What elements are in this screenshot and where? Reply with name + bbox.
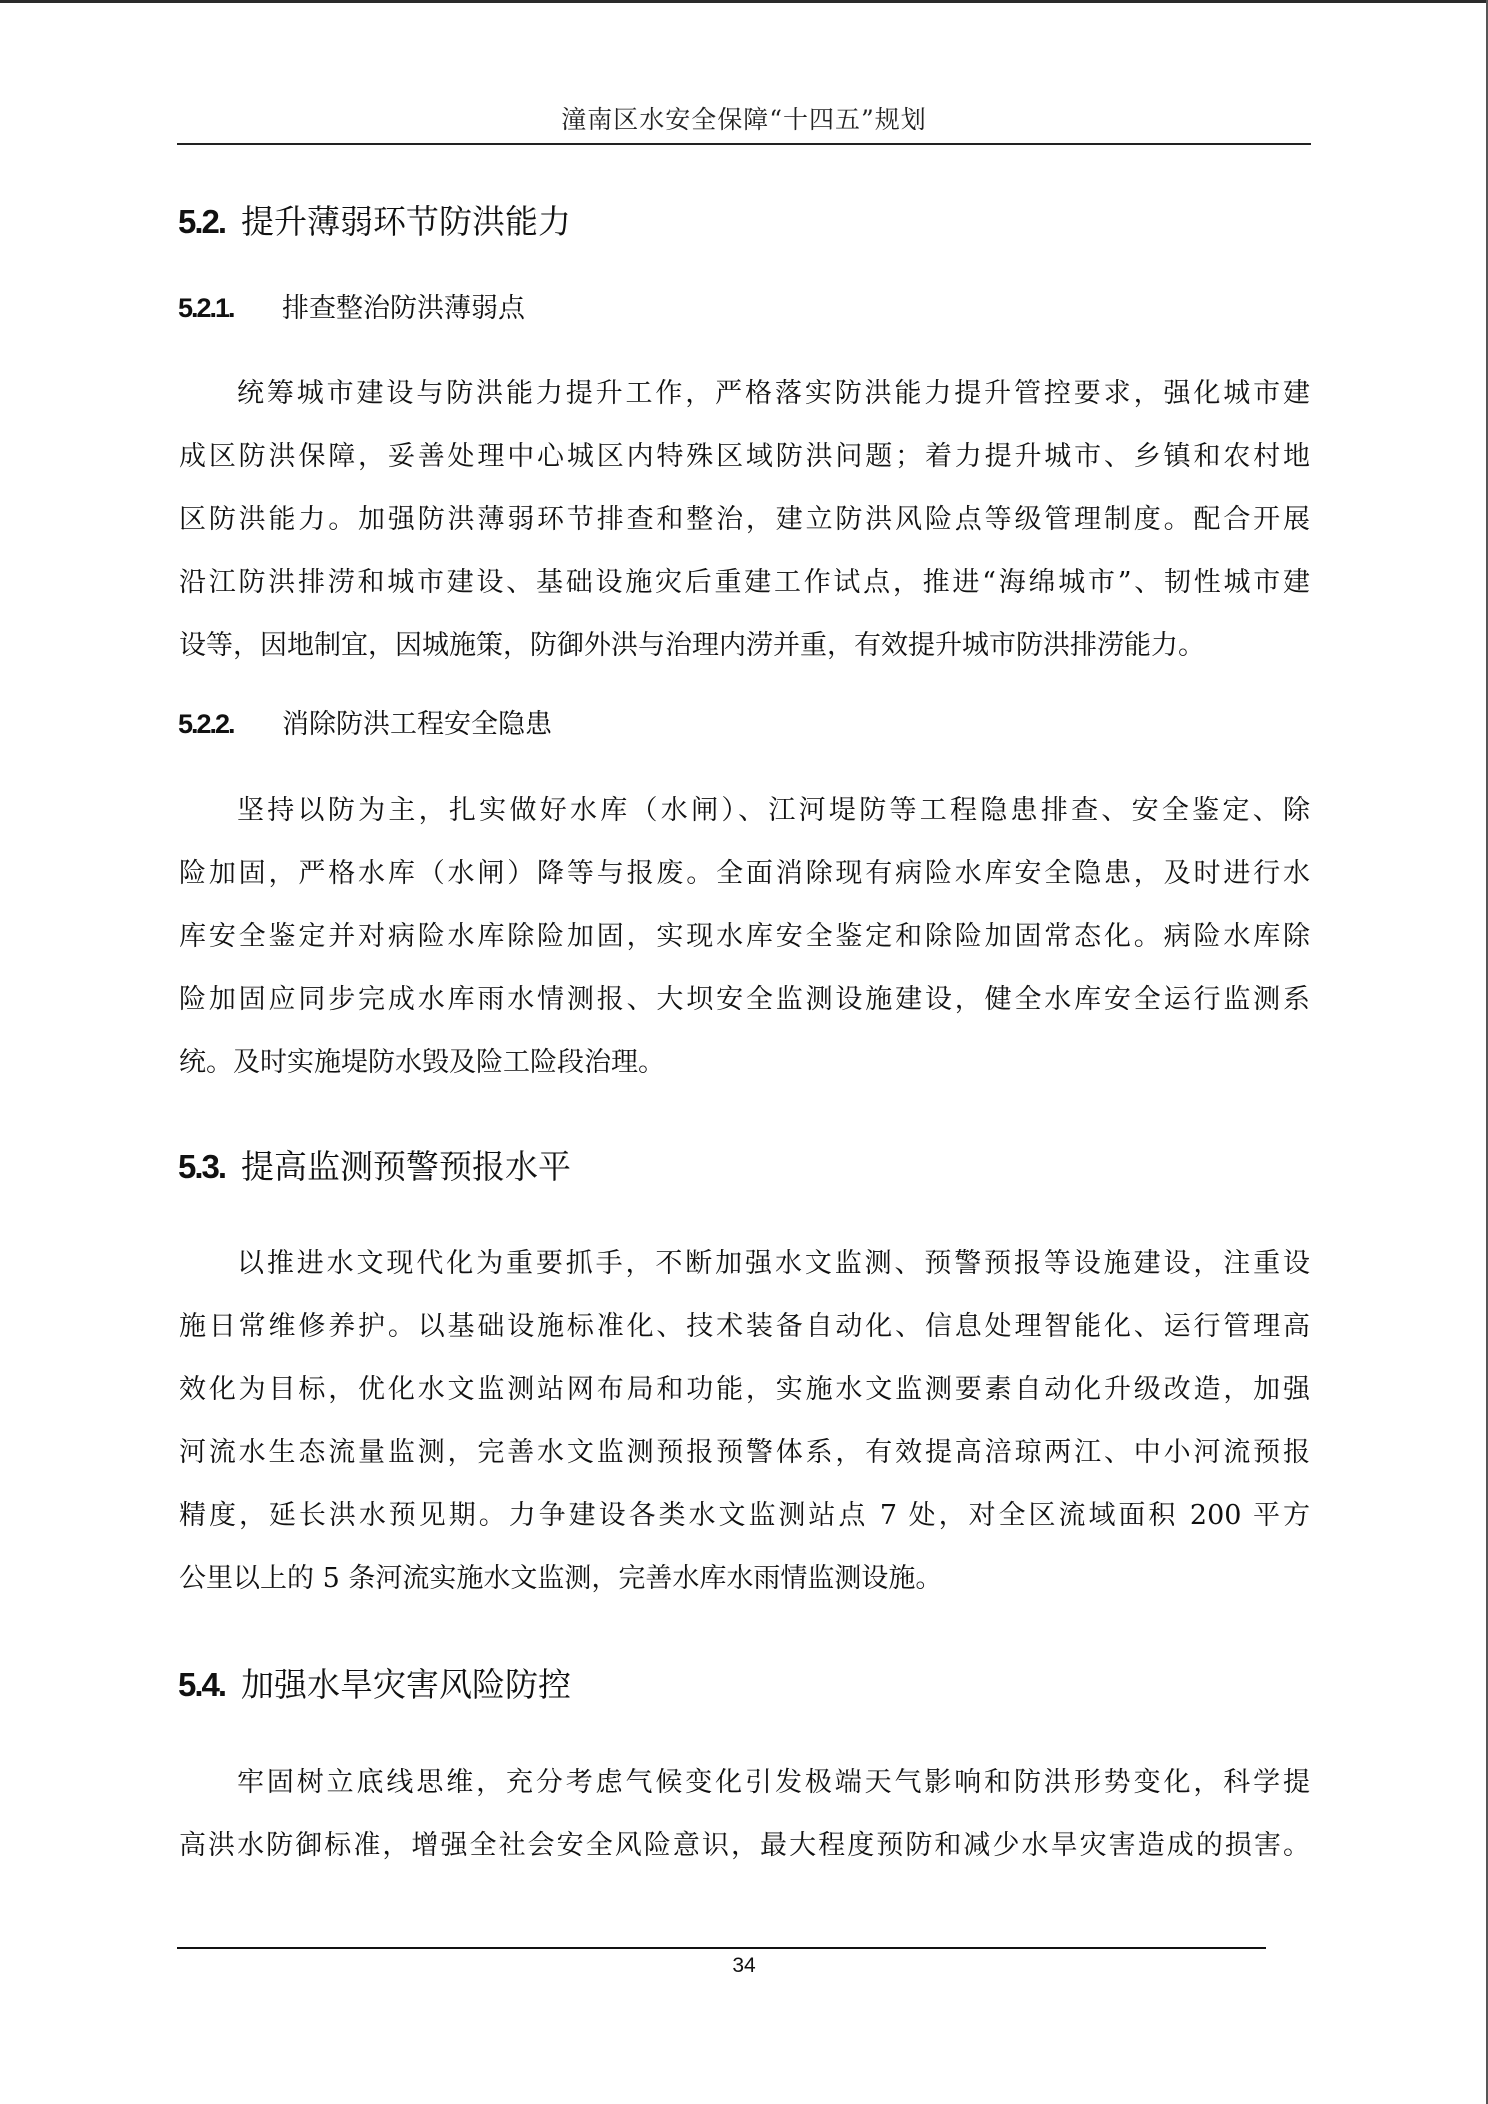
footer-rule xyxy=(177,1947,1266,1949)
paragraph-line: 成区防洪保障，妥善处理中心城区内特殊区域防洪问题；着力提升城市、乡镇和农村地 xyxy=(179,425,1310,488)
section-title: 提升薄弱环节防洪能力 xyxy=(241,202,571,241)
paragraph-line: 沿江防洪排涝和城市建设、基础设施灾后重建工作试点，推进“海绵城市”、韧性城市建 xyxy=(179,551,1310,614)
section-number: 5.2. xyxy=(178,203,225,240)
paragraph-line: 效化为目标，优化水文监测站网布局和功能，实施水文监测要素自动化升级改造，加强 xyxy=(179,1358,1310,1421)
paragraph-line: 险加固，严格水库（水闸）降等与报废。全面消除现有病险水库安全隐患，及时进行水 xyxy=(179,842,1310,905)
subsection-number: 5.2.1. xyxy=(178,293,282,324)
paragraph-5-2-1: 统筹城市建设与防洪能力提升工作，严格落实防洪能力提升管控要求，强化城市建 成区防… xyxy=(179,362,1310,677)
paragraph-line: 库安全鉴定并对病险水库除险加固，实现水库安全鉴定和除险加固常态化。病险水库除 xyxy=(179,905,1310,968)
subsection-number: 5.2.2. xyxy=(178,709,282,740)
section-title: 提高监测预警预报水平 xyxy=(241,1147,571,1186)
paragraph-line: 施日常维修养护。以基础设施标准化、技术装备自动化、信息处理智能化、运行管理高 xyxy=(179,1295,1310,1358)
paragraph-line: 精度，延长洪水预见期。力争建设各类水文监测站点 7 处，对全区流域面积 200 … xyxy=(179,1484,1310,1547)
section-heading-5-2: 5.2.提升薄弱环节防洪能力 xyxy=(178,196,571,243)
paragraph-line: 高洪水防御标准，增强全社会安全风险意识，最大程度预防和减少水旱灾害造成的损害。 xyxy=(179,1814,1310,1877)
paragraph-5-3: 以推进水文现代化为重要抓手，不断加强水文监测、预警预报等设施建设，注重设 施日常… xyxy=(179,1232,1310,1610)
section-number: 5.3. xyxy=(178,1148,225,1185)
header-rule xyxy=(177,143,1311,145)
paragraph-5-4: 牢固树立底线思维，充分考虑气候变化引发极端天气影响和防洪形势变化，科学提 高洪水… xyxy=(179,1751,1310,1877)
section-heading-5-3: 5.3.提高监测预警预报水平 xyxy=(178,1141,571,1188)
subsection-heading-5-2-2: 5.2.2.消除防洪工程安全隐患 xyxy=(178,702,552,741)
section-number: 5.4. xyxy=(178,1666,225,1703)
running-header: 潼南区水安全保障“十四五”规划 xyxy=(177,100,1311,136)
subsection-title: 排查整治防洪薄弱点 xyxy=(282,293,525,324)
subsection-title: 消除防洪工程安全隐患 xyxy=(282,709,552,740)
paragraph-line: 牢固树立底线思维，充分考虑气候变化引发极端天气影响和防洪形势变化，科学提 xyxy=(179,1751,1310,1814)
subsection-heading-5-2-1: 5.2.1.排查整治防洪薄弱点 xyxy=(178,286,525,325)
page-border-top xyxy=(0,0,1488,3)
section-title: 加强水旱灾害风险防控 xyxy=(241,1665,571,1704)
paragraph-5-2-2: 坚持以防为主，扎实做好水库（水闸）、江河堤防等工程隐患排查、安全鉴定、除 险加固… xyxy=(179,779,1310,1094)
paragraph-line: 统。及时实施堤防水毁及险工险段治理。 xyxy=(179,1031,1310,1094)
paragraph-line: 公里以上的 5 条河流实施水文监测，完善水库水雨情监测设施。 xyxy=(179,1547,1310,1610)
paragraph-line: 设等，因地制宜，因城施策，防御外洪与治理内涝并重，有效提升城市防洪排涝能力。 xyxy=(179,614,1310,677)
page-number: 34 xyxy=(0,1954,1488,1978)
paragraph-line: 统筹城市建设与防洪能力提升工作，严格落实防洪能力提升管控要求，强化城市建 xyxy=(179,362,1310,425)
paragraph-line: 河流水生态流量监测，完善水文监测预报预警体系，有效提高涪琼两江、中小河流预报 xyxy=(179,1421,1310,1484)
section-heading-5-4: 5.4.加强水旱灾害风险防控 xyxy=(178,1659,571,1706)
paragraph-line: 险加固应同步完成水库雨水情测报、大坝安全监测设施建设，健全水库安全运行监测系 xyxy=(179,968,1310,1031)
paragraph-line: 坚持以防为主，扎实做好水库（水闸）、江河堤防等工程隐患排查、安全鉴定、除 xyxy=(179,779,1310,842)
paragraph-line: 以推进水文现代化为重要抓手，不断加强水文监测、预警预报等设施建设，注重设 xyxy=(179,1232,1310,1295)
paragraph-line: 区防洪能力。加强防洪薄弱环节排查和整治，建立防洪风险点等级管理制度。配合开展 xyxy=(179,488,1310,551)
